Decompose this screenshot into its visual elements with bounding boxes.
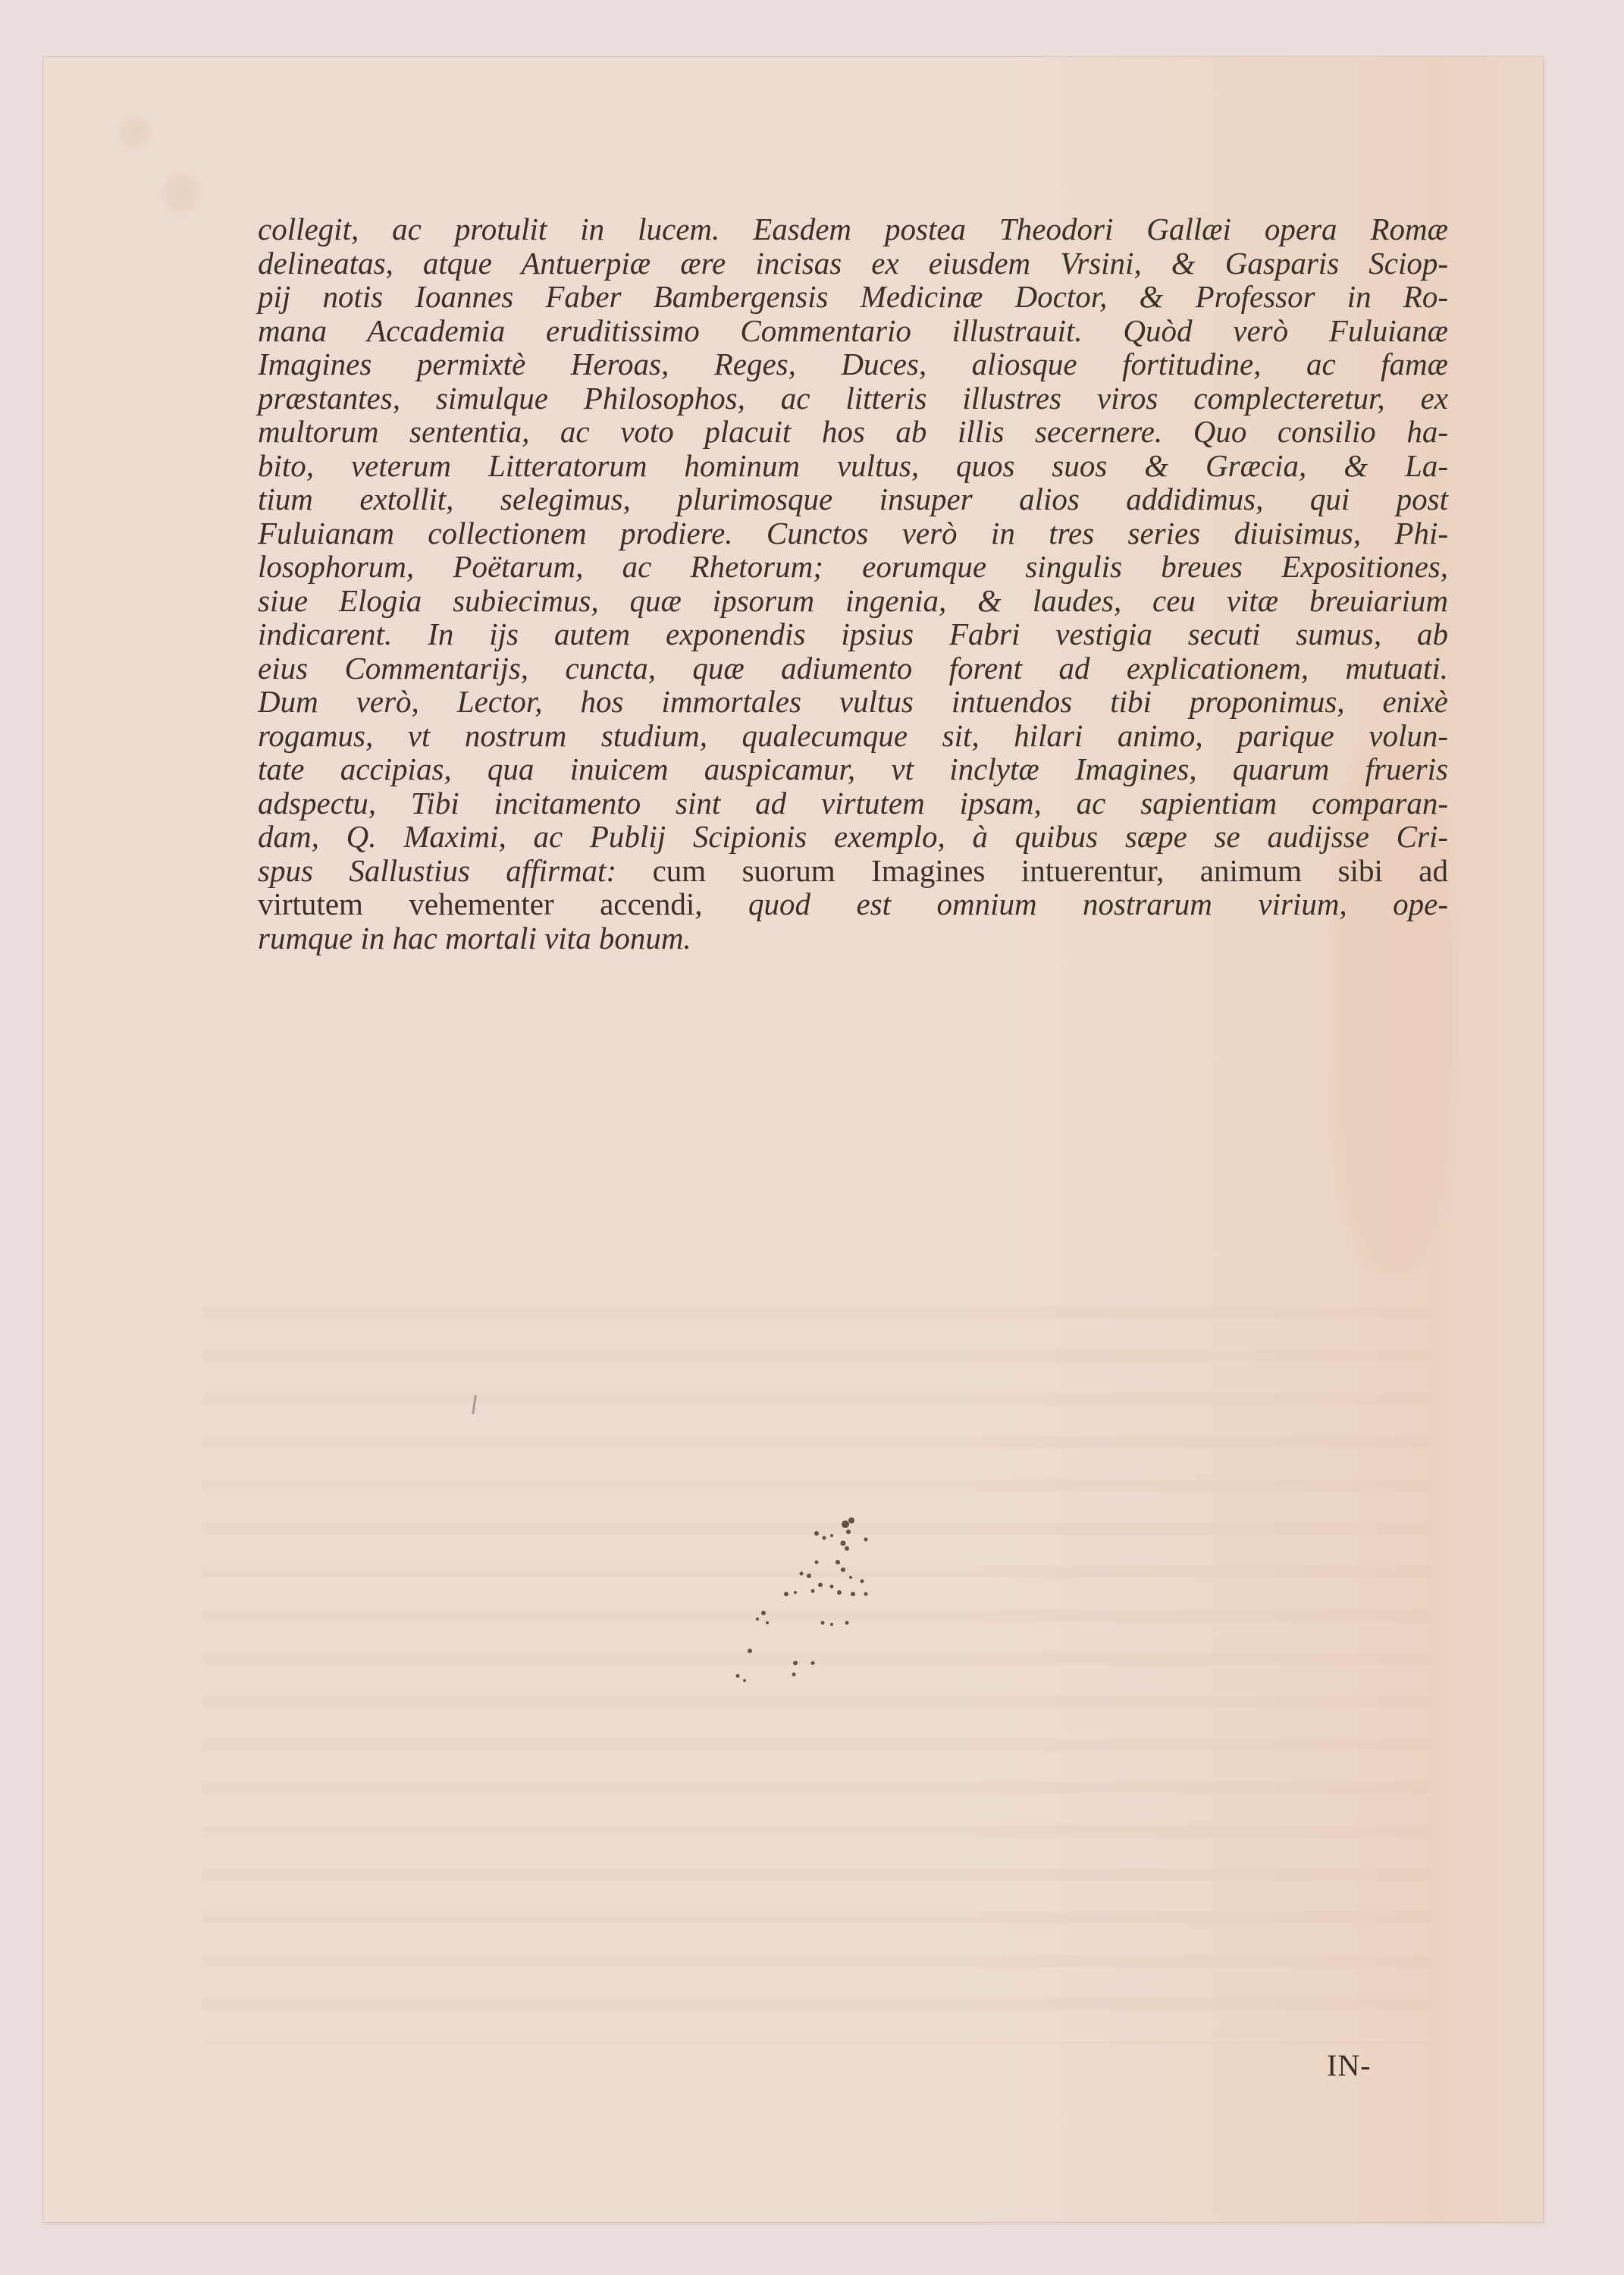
book-page: collegit, ac protulit in lucem. Easdem p… <box>43 57 1543 2222</box>
italic-text-segment: losophorum, Poëtarum, ac Rhetorum; eorum… <box>258 549 1448 584</box>
text-line: bito, veterum Litteratorum hominum vultu… <box>258 449 1448 483</box>
italic-text-segment: bito, veterum Litteratorum hominum vultu… <box>258 448 1448 483</box>
text-line: spus Sallustius affirmat: cum suorum Ima… <box>258 854 1448 888</box>
text-line: collegit, ac protulit in lucem. Easdem p… <box>258 212 1448 246</box>
italic-text-segment: rogamus, vt nostrum studium, qualecumque… <box>258 718 1448 753</box>
italic-text-segment: pij notis Ioannes Faber Bambergensis Med… <box>258 279 1448 314</box>
italic-text-segment: præstantes, simulque Philosophos, ac lit… <box>258 381 1448 416</box>
text-line: delineatas, atque Antuerpiæ ære incisas … <box>258 246 1448 281</box>
text-line: tate accipias, qua inuicem auspicamur, v… <box>258 752 1448 786</box>
text-line: indicarent. In ijs autem exponendis ipsi… <box>258 617 1448 651</box>
text-line: tium extollit, selegimus, plurimosque in… <box>258 482 1448 516</box>
italic-text-segment: tate accipias, qua inuicem auspicamur, v… <box>258 752 1448 786</box>
text-line: dam, Q. Maximi, ac Publij Scipionis exem… <box>258 820 1448 854</box>
text-line: eius Commentarijs, cuncta, quæ adiumento… <box>258 651 1448 686</box>
text-line: Imagines permixtè Heroas, Reges, Duces, … <box>258 347 1448 381</box>
text-line: rogamus, vt nostrum studium, qualecumque… <box>258 719 1448 753</box>
text-line: multorum sententia, ac voto placuit hos … <box>258 415 1448 449</box>
text-line: rumque in hac mortali vita bonum. <box>258 921 1448 955</box>
foxing-stain <box>165 174 199 212</box>
foxing-stain <box>119 118 149 148</box>
catchword: IN- <box>1327 2047 1372 2083</box>
italic-text-segment: spus Sallustius affirmat: <box>258 853 653 888</box>
italic-text-segment: dam, Q. Maximi, ac Publij Scipionis exem… <box>258 819 1448 854</box>
italic-text-segment: siue Elogia subiecimus, quæ ipsorum inge… <box>258 583 1448 618</box>
italic-text-segment: multorum sententia, ac voto placuit hos … <box>258 414 1448 449</box>
text-line: præstantes, simulque Philosophos, ac lit… <box>258 381 1448 416</box>
italic-text-segment: indicarent. In ijs autem exponendis ipsi… <box>258 617 1448 651</box>
italic-text-segment: eius Commentarijs, cuncta, quæ adiumento… <box>258 651 1448 686</box>
roman-text-segment: virtutem vehementer accendi, <box>258 886 748 921</box>
italic-text-segment: Fuluianam collectionem prodiere. Cunctos… <box>258 516 1448 551</box>
italic-text-segment: Dum verò, Lector, hos immortales vultus … <box>258 684 1448 719</box>
text-line: losophorum, Poëtarum, ac Rhetorum; eorum… <box>258 550 1448 584</box>
italic-text-segment: mana Accademia eruditissimo Commentario … <box>258 313 1448 348</box>
roman-text-segment: cum suorum Imagines intuerentur, animum … <box>653 853 1448 888</box>
italic-text-segment: rumque in hac mortali vita bonum. <box>258 921 691 955</box>
italic-text-segment: quod est omnium nostrarum virium, ope- <box>748 886 1448 921</box>
text-line: mana Accademia eruditissimo Commentario … <box>258 314 1448 348</box>
italic-text-segment: collegit, ac protulit in lucem. Easdem p… <box>258 212 1448 246</box>
text-line: pij notis Ioannes Faber Bambergensis Med… <box>258 280 1448 314</box>
italic-text-segment: delineatas, atque Antuerpiæ ære incisas … <box>258 246 1448 281</box>
text-line: adspectu, Tibi incitamento sint ad virtu… <box>258 786 1448 821</box>
text-line: siue Elogia subiecimus, quæ ipsorum inge… <box>258 584 1448 618</box>
text-line: virtutem vehementer accendi, quod est om… <box>258 887 1448 921</box>
italic-text-segment: adspectu, Tibi incitamento sint ad virtu… <box>258 786 1448 821</box>
italic-text-segment: Imagines permixtè Heroas, Reges, Duces, … <box>258 347 1448 381</box>
text-line: Fuluianam collectionem prodiere. Cunctos… <box>258 516 1448 551</box>
text-line: Dum verò, Lector, hos immortales vultus … <box>258 685 1448 719</box>
body-text: collegit, ac protulit in lucem. Easdem p… <box>258 212 1448 955</box>
ink-blot-mark <box>710 1501 885 1683</box>
italic-text-segment: tium extollit, selegimus, plurimosque in… <box>258 482 1448 516</box>
